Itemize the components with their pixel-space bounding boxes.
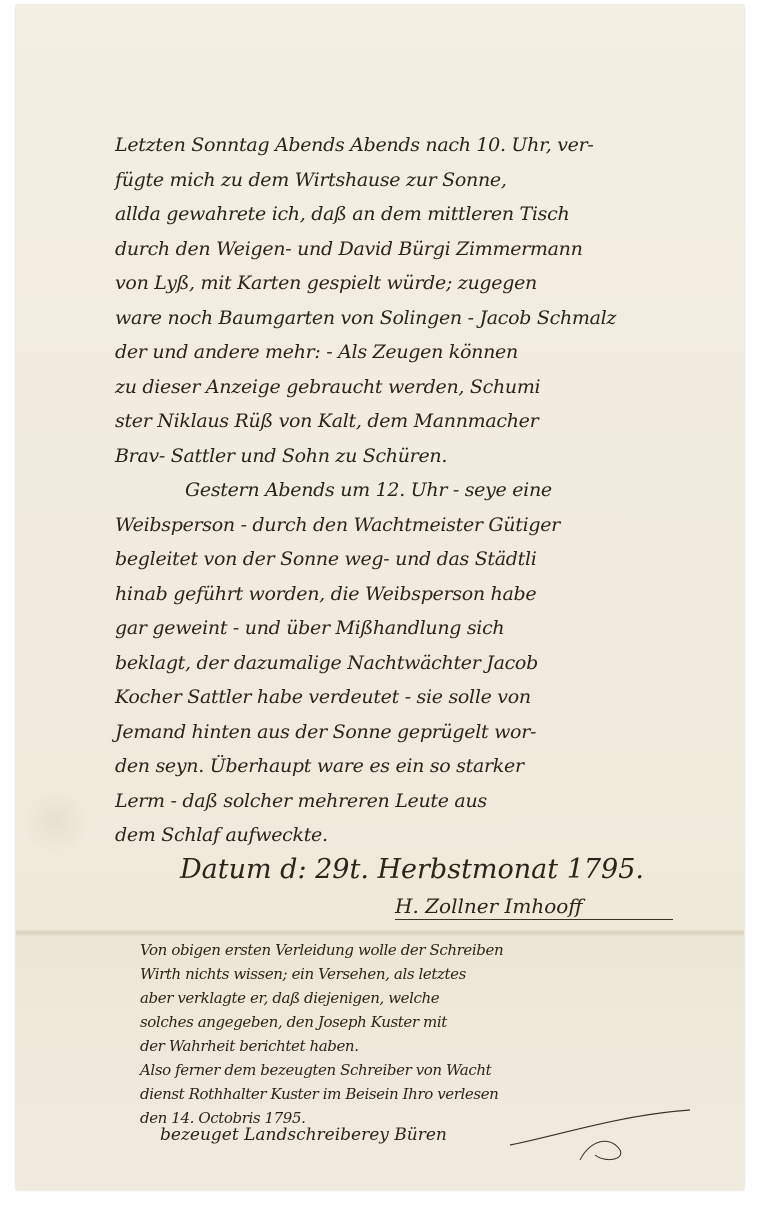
body-line: Letzten Sonntag Abends Abends nach 10. U… — [115, 128, 725, 163]
body-line: ster Niklaus Rüß von Kalt, dem Mannmache… — [115, 404, 725, 439]
letter-body: Letzten Sonntag Abends Abends nach 10. U… — [115, 128, 725, 853]
body-line: Kocher Sattler habe verdeutet - sie soll… — [115, 680, 725, 715]
body-line: durch den Weigen- und David Bürgi Zimmer… — [115, 232, 725, 267]
body-line: Weibsperson - durch den Wachtmeister Güt… — [115, 508, 725, 543]
paper-stain — [26, 785, 86, 855]
body-line: gar geweint - und über Mißhandlung sich — [115, 611, 725, 646]
signature-landschreiberey: bezeuget Landschreiberey Büren — [160, 1122, 447, 1148]
body-line: Jemand hinten aus der Sonne geprügelt wo… — [115, 715, 725, 750]
body-line: Brav- Sattler und Sohn zu Schüren. — [115, 439, 725, 474]
body-line-paragraph-start: Gestern Abends um 12. Uhr - seye eine — [115, 473, 725, 508]
body-line: fügte mich zu dem Wirtshause zur Sonne, — [115, 163, 725, 198]
addendum-line: Wirth nichts wissen; ein Versehen, als l… — [140, 962, 740, 986]
body-line: beklagt, der dazumalige Nachtwächter Jac… — [115, 646, 725, 681]
body-line: von Lyß, mit Karten gespielt würde; zuge… — [115, 266, 725, 301]
addendum-line: aber verklagte er, daß diejenigen, welch… — [140, 986, 740, 1010]
date-line: Datum d: 29t. Herbstmonat 1795. — [180, 850, 644, 890]
addendum-line: Von obigen ersten Verleidung wolle der S… — [140, 938, 740, 962]
addendum-line: Also ferner dem bezeugten Schreiber von … — [140, 1058, 740, 1082]
body-line: der und andere mehr: - Als Zeugen können — [115, 335, 725, 370]
body-line: Lerm - daß solcher mehreren Leute aus — [115, 784, 725, 819]
body-line: allda gewahrete ich, daß an dem mittlere… — [115, 197, 725, 232]
body-line: ware noch Baumgarten von Solingen - Jaco… — [115, 301, 725, 336]
body-line: hinab geführt worden, die Weibsperson ha… — [115, 577, 725, 612]
body-line: begleitet von der Sonne weg- und das Stä… — [115, 542, 725, 577]
addendum-line: der Wahrheit berichtet haben. — [140, 1034, 740, 1058]
body-line: den seyn. Überhaupt ware es ein so stark… — [115, 749, 725, 784]
signature-flourish-icon — [500, 1105, 700, 1165]
signature-zollner-imhooff: H. Zollner Imhooff — [395, 893, 673, 920]
body-line: zu dieser Anzeige gebraucht werden, Schu… — [115, 370, 725, 405]
addendum-line: dienst Rothhalter Kuster im Beisein Ihro… — [140, 1082, 740, 1106]
addendum-note: Von obigen ersten Verleidung wolle der S… — [140, 938, 740, 1130]
body-line: dem Schlaf aufweckte. — [115, 818, 725, 853]
addendum-line: solches angegeben, den Joseph Kuster mit — [140, 1010, 740, 1034]
